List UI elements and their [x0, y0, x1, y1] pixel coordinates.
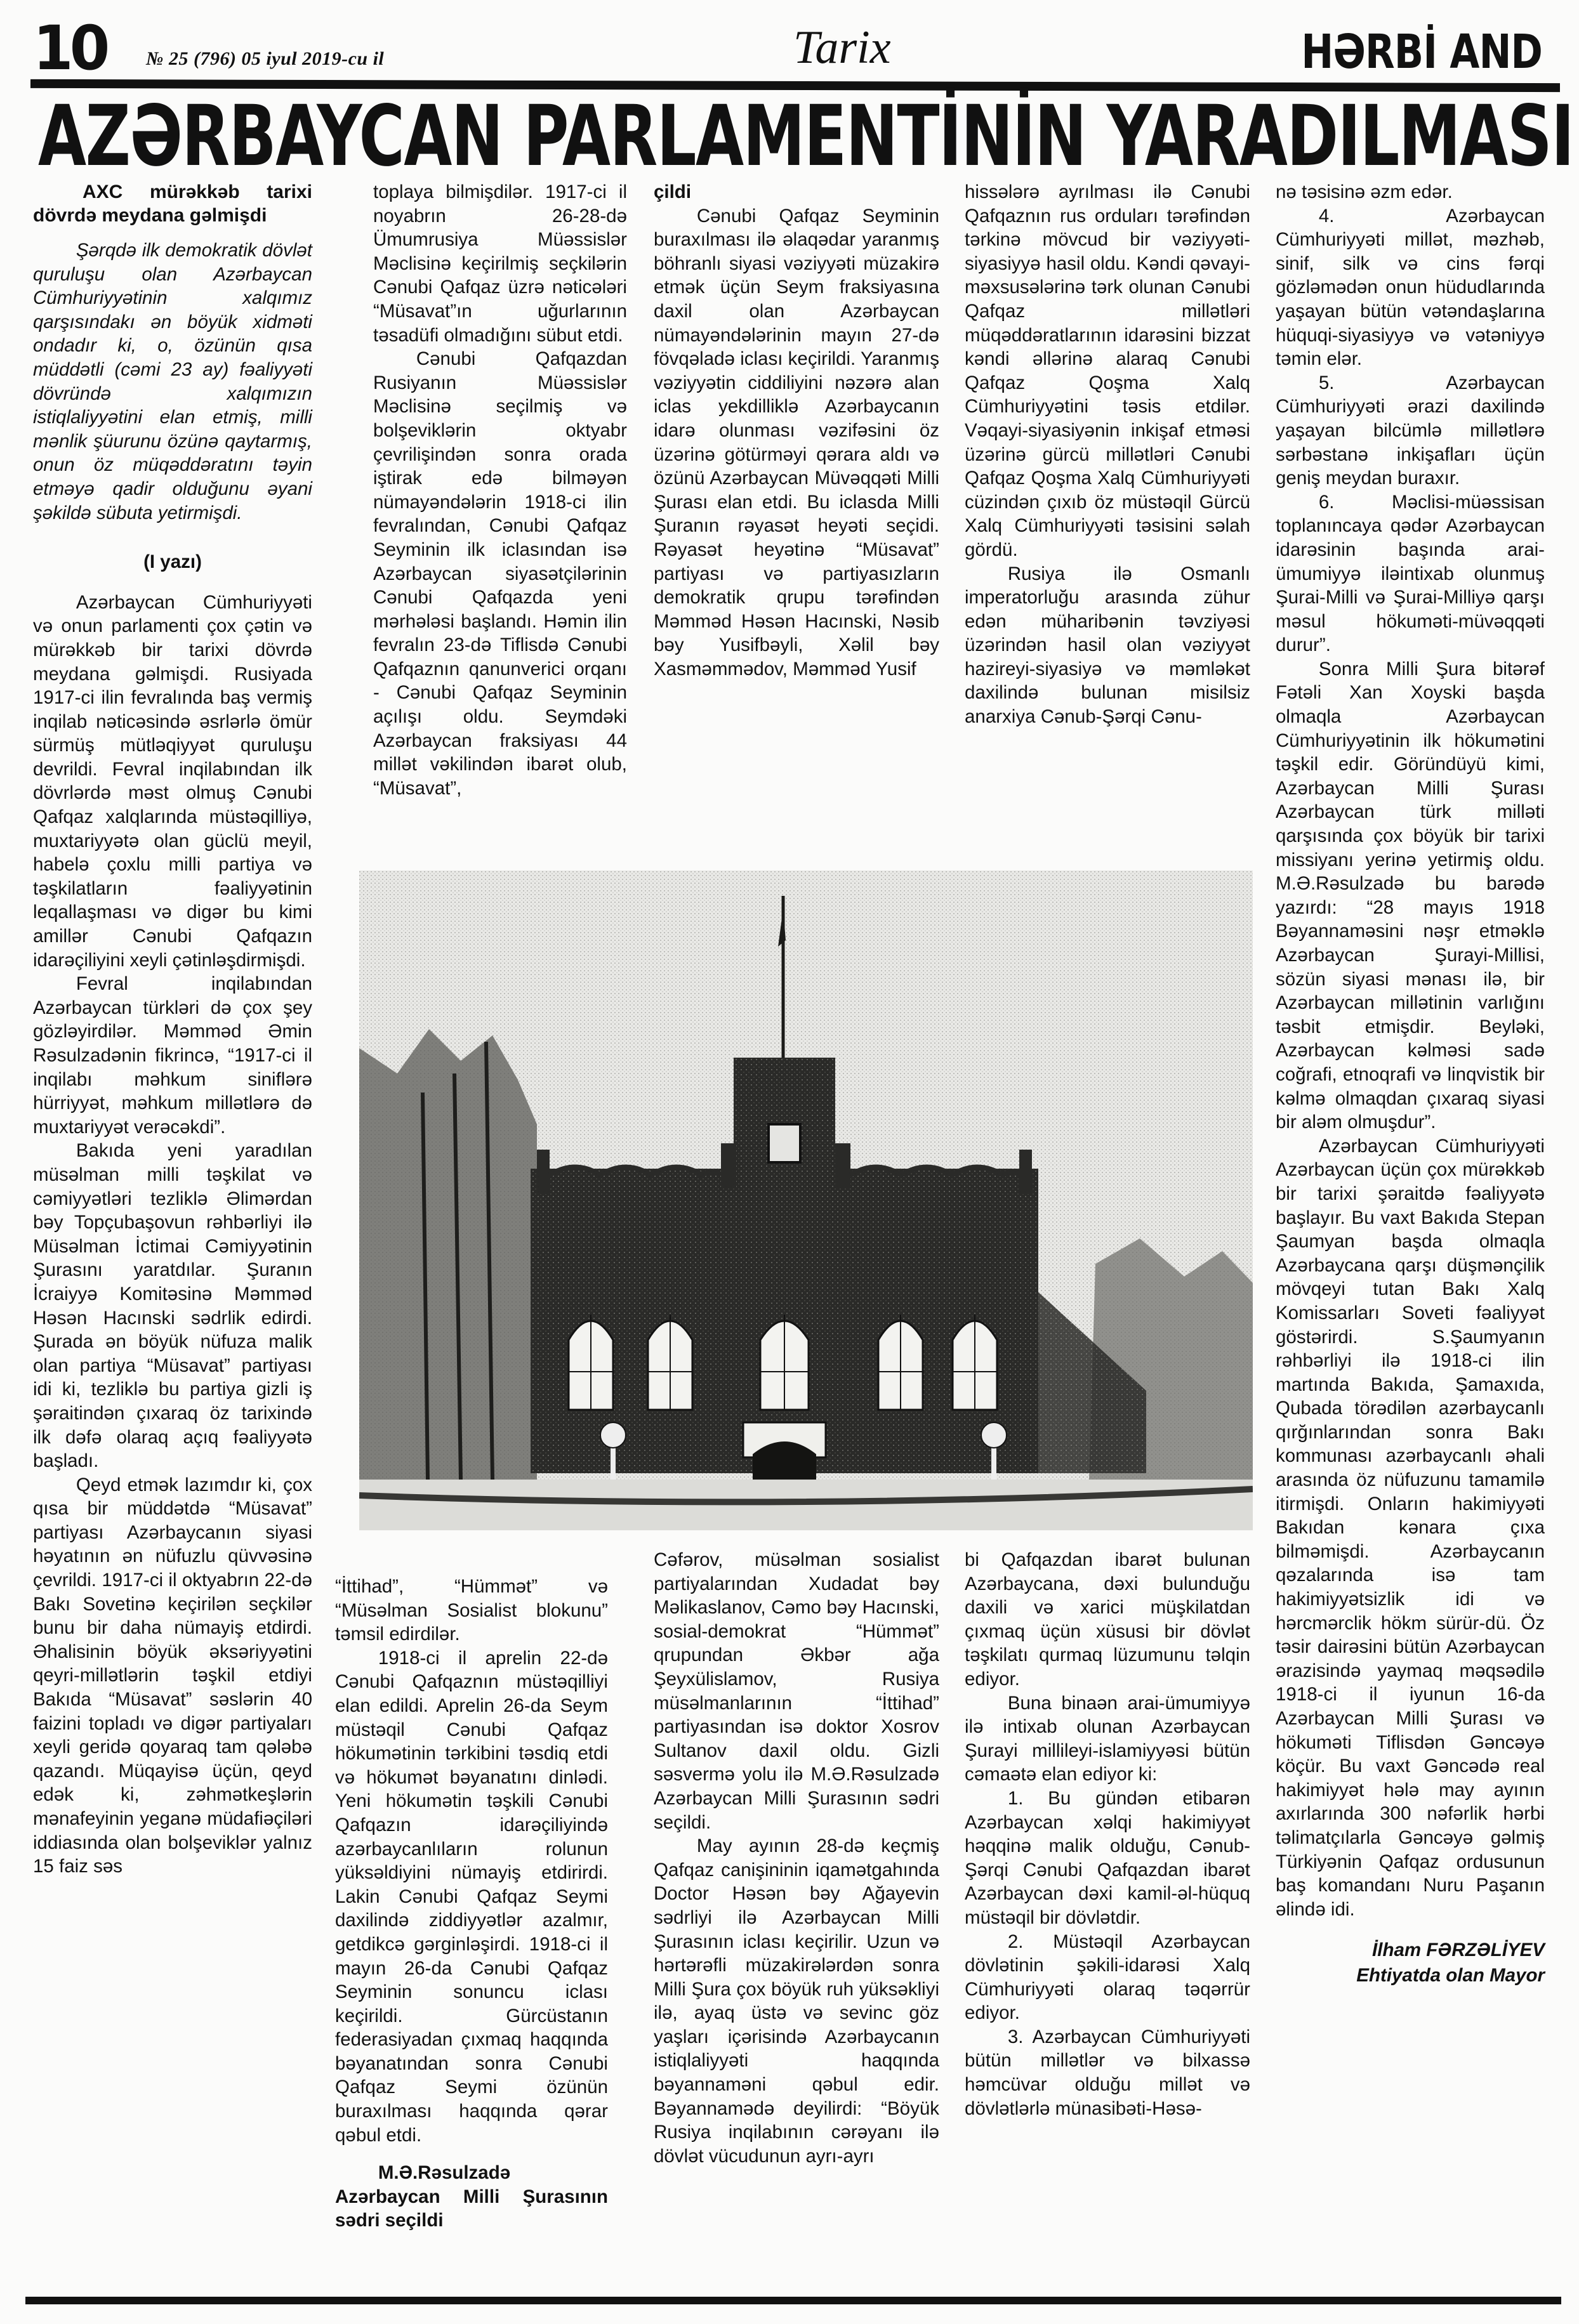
paragraph: hissələrə ayrılması ilə Cənubi Qafqaznın…	[965, 180, 1250, 562]
author-name: İlham FƏRZƏLİYEV	[1276, 1938, 1545, 1963]
paragraph: 1918-ci il aprelin 22-də Cənubi Qafqaznı…	[335, 1646, 608, 2147]
paragraph: nə təsisinə əzm edər.	[1276, 180, 1545, 204]
list-item: 6. Məclisi-müəssisan toplanıncaya qədər …	[1276, 490, 1545, 657]
list-item: 2. Müstəqil Azərbaycan dövlətinin şəkili…	[965, 1930, 1250, 2025]
page-number: 10	[33, 19, 107, 77]
paragraph: toplaya bilmişdilər. 1917-ci il noyabrın…	[373, 180, 627, 347]
column-4-bottom: bi Qafqazdan ibarət bulunan Azərbaycana,…	[965, 1548, 1250, 2120]
column-2-bottom: “İttihad”, “Hümmət” və “Müsəlman Sosiali…	[335, 1575, 608, 2233]
paragraph: Cənubi Qafqaz Seyminin buraxılması ilə ə…	[654, 204, 939, 681]
paragraph: Fevral inqilabından Azərbaycan türkləri …	[33, 972, 312, 1139]
footer-divider	[25, 2297, 1561, 2304]
subhead-continuation: çildi	[654, 180, 939, 204]
building-photo	[359, 870, 1253, 1530]
masthead: 10 № 25 (796) 05 iyul 2019-cu il Tarix H…	[25, 13, 1555, 76]
paragraph: Azərbaycan Cümhuriyyəti və onun parlamen…	[33, 591, 312, 973]
paragraph: Cəfərov, müsəlman sosialist partiyaların…	[654, 1548, 939, 1834]
parliament-building-image	[359, 870, 1253, 1530]
paragraph: Buna binaən arai-ümumiyyə ilə intixab ol…	[965, 1691, 1250, 1787]
list-item: 4. Azərbaycan Cümhuriyyəti millət, məzhə…	[1276, 204, 1545, 371]
article-intro: Şərqdə ilk demokratik dövlət quruluşu ol…	[33, 239, 312, 525]
section-title: Tarix	[793, 19, 891, 76]
paragraph: “İttihad”, “Hümmət” və “Müsəlman Sosiali…	[335, 1575, 608, 1646]
author-title: Ehtiyatda olan Mayor	[1276, 1963, 1545, 1988]
column-1: AXC mürəkkəb tarixi dövrdə meydana gəlmi…	[33, 180, 312, 1879]
issue-info: № 25 (796) 05 iyul 2019-cu il	[146, 48, 384, 70]
part-label: (I yazı)	[33, 550, 312, 574]
column-5: nə təsisinə əzm edər. 4. Azərbaycan Cümh…	[1276, 180, 1545, 1988]
newspaper-brand: HƏRBİ AND	[1301, 27, 1542, 77]
column-2-top: toplaya bilmişdilər. 1917-ci il noyabrın…	[373, 180, 627, 800]
column-3-top: çildi Cənubi Qafqaz Seyminin buraxılması…	[654, 180, 939, 681]
paragraph: Cənubi Qafqazdan Rusiyanın Müəssislər Mə…	[373, 347, 627, 800]
list-item: 1. Bu gündən etibarən Azərbaycan xəlqi h…	[965, 1787, 1250, 1930]
author-signature: İlham FƏRZƏLİYEV Ehtiyatda olan Mayor	[1276, 1938, 1545, 1988]
list-item: 3. Azərbaycan Cümhuriyyəti bütün millətl…	[965, 2025, 1250, 2120]
article-lead: AXC mürəkkəb tarixi dövrdə meydana gəlmi…	[33, 180, 312, 227]
paragraph: May ayının 28-də keçmiş Qafqaz canişinin…	[654, 1834, 939, 2168]
paragraph: Qeyd etmək lazımdır ki, çox qısa bir müd…	[33, 1473, 312, 1879]
paragraph: Rusiya ilə Osmanlı imperatorluğu arasınd…	[965, 562, 1250, 729]
paragraph: Azərbaycan Cümhuriyyəti Azərbaycan üçün …	[1276, 1134, 1545, 1922]
paragraph: bi Qafqazdan ibarət bulunan Azərbaycana,…	[965, 1548, 1250, 1691]
article-headline: AZƏRBAYCAN PARLAMENTİNİN YARADILMASI	[38, 95, 1182, 178]
article-subhead: M.Ə.Rəsulzadə Azərbaycan Milli Şurasının…	[335, 2161, 608, 2233]
column-4-top: hissələrə ayrılması ilə Cənubi Qafqaznın…	[965, 180, 1250, 729]
column-3-bottom: Cəfərov, müsəlman sosialist partiyaların…	[654, 1548, 939, 2168]
paragraph: Sonra Milli Şura bitərəf Fətəli Xan Xoys…	[1276, 657, 1545, 1134]
list-item: 5. Azərbaycan Cümhuriyyəti ərazi daxilin…	[1276, 371, 1545, 490]
paragraph: Bakıda yeni yaradılan müsəlman milli təş…	[33, 1139, 312, 1473]
